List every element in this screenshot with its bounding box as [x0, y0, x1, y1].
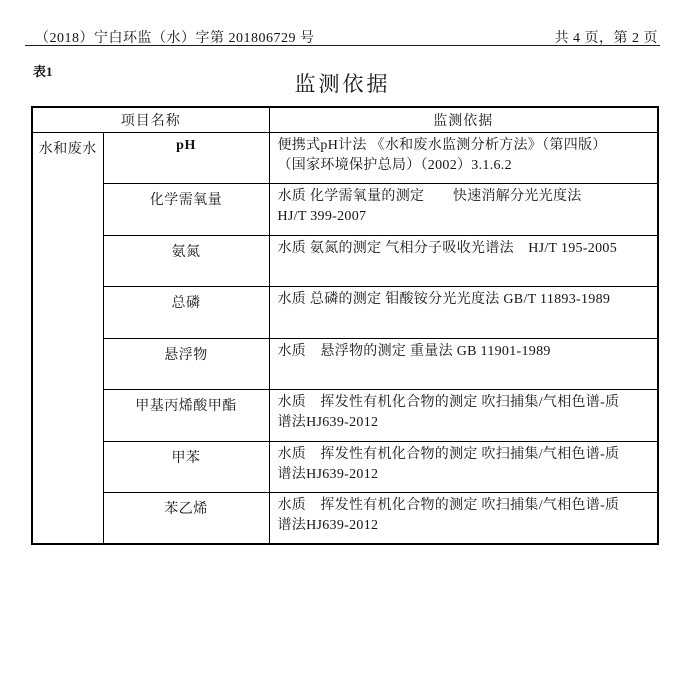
item-cell: 总磷	[103, 287, 269, 339]
column-header-monitoring-basis: 监测依据	[269, 107, 658, 132]
table-row: 化学需氧量 水质 化学需氧量的测定 快速消解分光光度法 HJ/T 399-200…	[32, 184, 658, 236]
item-cell: pH	[103, 132, 269, 184]
item-cell: 苯乙烯	[103, 493, 269, 545]
row-group-label: 水和废水	[32, 132, 103, 544]
item-cell: 化学需氧量	[103, 184, 269, 236]
table-row: 甲基丙烯酸甲酯 水质 挥发性有机化合物的测定 吹扫捕集/气相色谱-质 谱法HJ6…	[32, 390, 658, 442]
basis-cell: 水质 悬浮物的测定 重量法 GB 11901-1989	[269, 338, 658, 390]
item-cell: 甲基丙烯酸甲酯	[103, 390, 269, 442]
basis-cell: 水质 化学需氧量的测定 快速消解分光光度法 HJ/T 399-2007	[269, 184, 658, 236]
item-cell: 氨氮	[103, 235, 269, 287]
column-header-item-name: 项目名称	[32, 107, 269, 132]
page-title: 监测依据	[25, 68, 660, 98]
table-row: 悬浮物 水质 悬浮物的测定 重量法 GB 11901-1989	[32, 338, 658, 390]
basis-cell: 水质 总磷的测定 钼酸铵分光光度法 GB/T 11893-1989	[269, 287, 658, 339]
basis-cell: 便携式pH计法 《水和废水监测分析方法》（第四版） （国家环境保护总局）（200…	[269, 132, 658, 184]
item-cell: 甲苯	[103, 441, 269, 493]
item-cell: 悬浮物	[103, 338, 269, 390]
table-row: 水和废水 pH 便携式pH计法 《水和废水监测分析方法》（第四版） （国家环境保…	[32, 132, 658, 184]
table-row: 苯乙烯 水质 挥发性有机化合物的测定 吹扫捕集/气相色谱-质 谱法HJ639-2…	[32, 493, 658, 545]
page-count: 共 4 页，第 2 页	[555, 27, 659, 47]
basis-cell: 水质 挥发性有机化合物的测定 吹扫捕集/气相色谱-质 谱法HJ639-2012	[269, 493, 658, 545]
document-number: （2018）宁白环监（水）字第 201806729 号	[35, 27, 315, 47]
basis-cell: 水质 氨氮的测定 气相分子吸收光谱法 HJ/T 195-2005	[269, 235, 658, 287]
table-row: 氨氮 水质 氨氮的测定 气相分子吸收光谱法 HJ/T 195-2005	[32, 235, 658, 287]
table-header-row: 项目名称 监测依据	[32, 107, 658, 132]
monitoring-basis-table: 项目名称 监测依据 水和废水 pH 便携式pH计法 《水和废水监测分析方法》（第…	[31, 106, 659, 545]
page-header: （2018）宁白环监（水）字第 201806729 号 共 4 页，第 2 页	[25, 27, 660, 46]
basis-cell: 水质 挥发性有机化合物的测定 吹扫捕集/气相色谱-质 谱法HJ639-2012	[269, 441, 658, 493]
table-row: 总磷 水质 总磷的测定 钼酸铵分光光度法 GB/T 11893-1989	[32, 287, 658, 339]
basis-cell: 水质 挥发性有机化合物的测定 吹扫捕集/气相色谱-质 谱法HJ639-2012	[269, 390, 658, 442]
table-row: 甲苯 水质 挥发性有机化合物的测定 吹扫捕集/气相色谱-质 谱法HJ639-20…	[32, 441, 658, 493]
